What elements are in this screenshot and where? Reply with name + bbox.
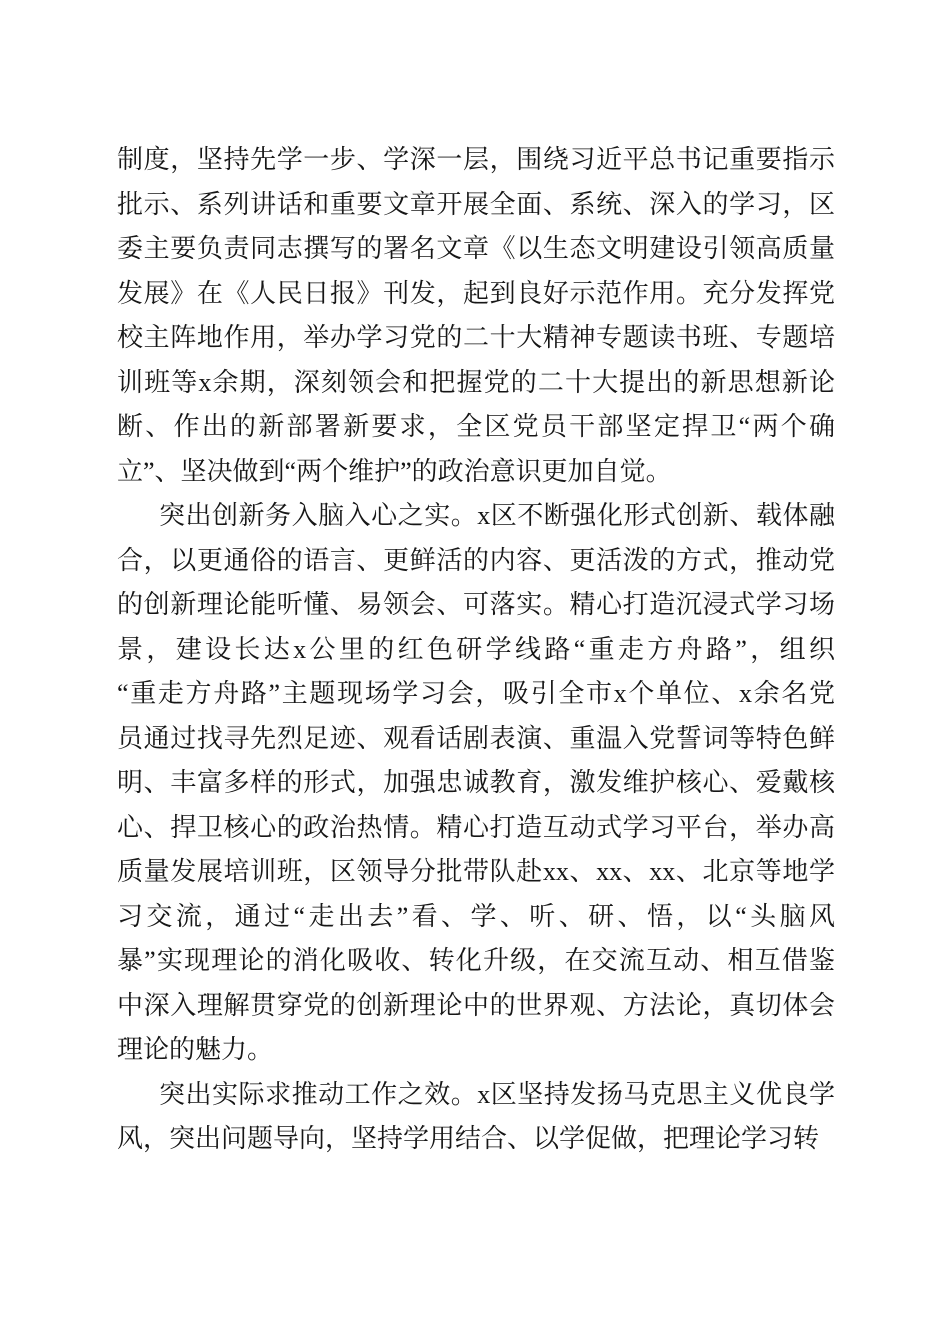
text-line: 景，建设长达x公里的红色研学线路“重走方舟路”，组织 xyxy=(117,628,835,673)
text-line: 委主要负责同志撰写的署名文章《以生态文明建设引领高质量 xyxy=(117,227,835,272)
paragraph: 突出创新务入脑入心之实。x区不断强化形式创新、载体融合，以更通俗的语言、更鲜活的… xyxy=(117,494,835,1073)
text-line: 批示、系列讲话和重要文章开展全面、系统、深入的学习，区 xyxy=(117,183,835,228)
text-line: 的创新理论能听懂、易领会、可落实。精心打造沉浸式学习场 xyxy=(117,583,835,628)
paragraph: 突出实际求推动工作之效。x区坚持发扬马克思主义优良学风，突出问题导向，坚持学用结… xyxy=(117,1073,835,1162)
text-line: 训班等x余期，深刻领会和把握党的二十大提出的新思想新论 xyxy=(117,361,835,406)
text-line: 立”、坚决做到“两个维护”的政治意识更加自觉。 xyxy=(117,450,835,495)
text-line: 明、丰富多样的形式，加强忠诚教育，激发维护核心、爱戴核 xyxy=(117,761,835,806)
paragraph: 制度，坚持先学一步、学深一层，围绕习近平总书记重要指示批示、系列讲话和重要文章开… xyxy=(117,138,835,494)
text-line: 突出实际求推动工作之效。x区坚持发扬马克思主义优良学 xyxy=(117,1073,835,1118)
text-line: 风，突出问题导向，坚持学用结合、以学促做，把理论学习转 xyxy=(117,1117,835,1162)
text-line: 暴”实现理论的消化吸收、转化升级，在交流互动、相互借鉴 xyxy=(117,939,835,984)
text-line: 断、作出的新部署新要求，全区党员干部坚定捍卫“两个确 xyxy=(117,405,835,450)
document-body: 制度，坚持先学一步、学深一层，围绕习近平总书记重要指示批示、系列讲话和重要文章开… xyxy=(117,138,835,1162)
text-line: 中深入理解贯穿党的创新理论中的世界观、方法论，真切体会 xyxy=(117,984,835,1029)
text-line: 发展》在《人民日报》刊发，起到良好示范作用。充分发挥党 xyxy=(117,272,835,317)
text-line: 习交流，通过“走出去”看、学、听、研、悟，以“头脑风 xyxy=(117,895,835,940)
text-line: 理论的魅力。 xyxy=(117,1028,835,1073)
text-line: 质量发展培训班，区领导分批带队赴xx、xx、xx、北京等地学 xyxy=(117,850,835,895)
text-line: 突出创新务入脑入心之实。x区不断强化形式创新、载体融 xyxy=(117,494,835,539)
document-page: 制度，坚持先学一步、学深一层，围绕习近平总书记重要指示批示、系列讲话和重要文章开… xyxy=(0,0,950,1344)
text-line: “重走方舟路”主题现场学习会，吸引全市x个单位、x余名党 xyxy=(117,672,835,717)
text-line: 制度，坚持先学一步、学深一层，围绕习近平总书记重要指示 xyxy=(117,138,835,183)
text-line: 心、捍卫核心的政治热情。精心打造互动式学习平台，举办高 xyxy=(117,806,835,851)
text-line: 校主阵地作用，举办学习党的二十大精神专题读书班、专题培 xyxy=(117,316,835,361)
text-line: 员通过找寻先烈足迹、观看话剧表演、重温入党誓词等特色鲜 xyxy=(117,717,835,762)
text-line: 合，以更通俗的语言、更鲜活的内容、更活泼的方式，推动党 xyxy=(117,539,835,584)
